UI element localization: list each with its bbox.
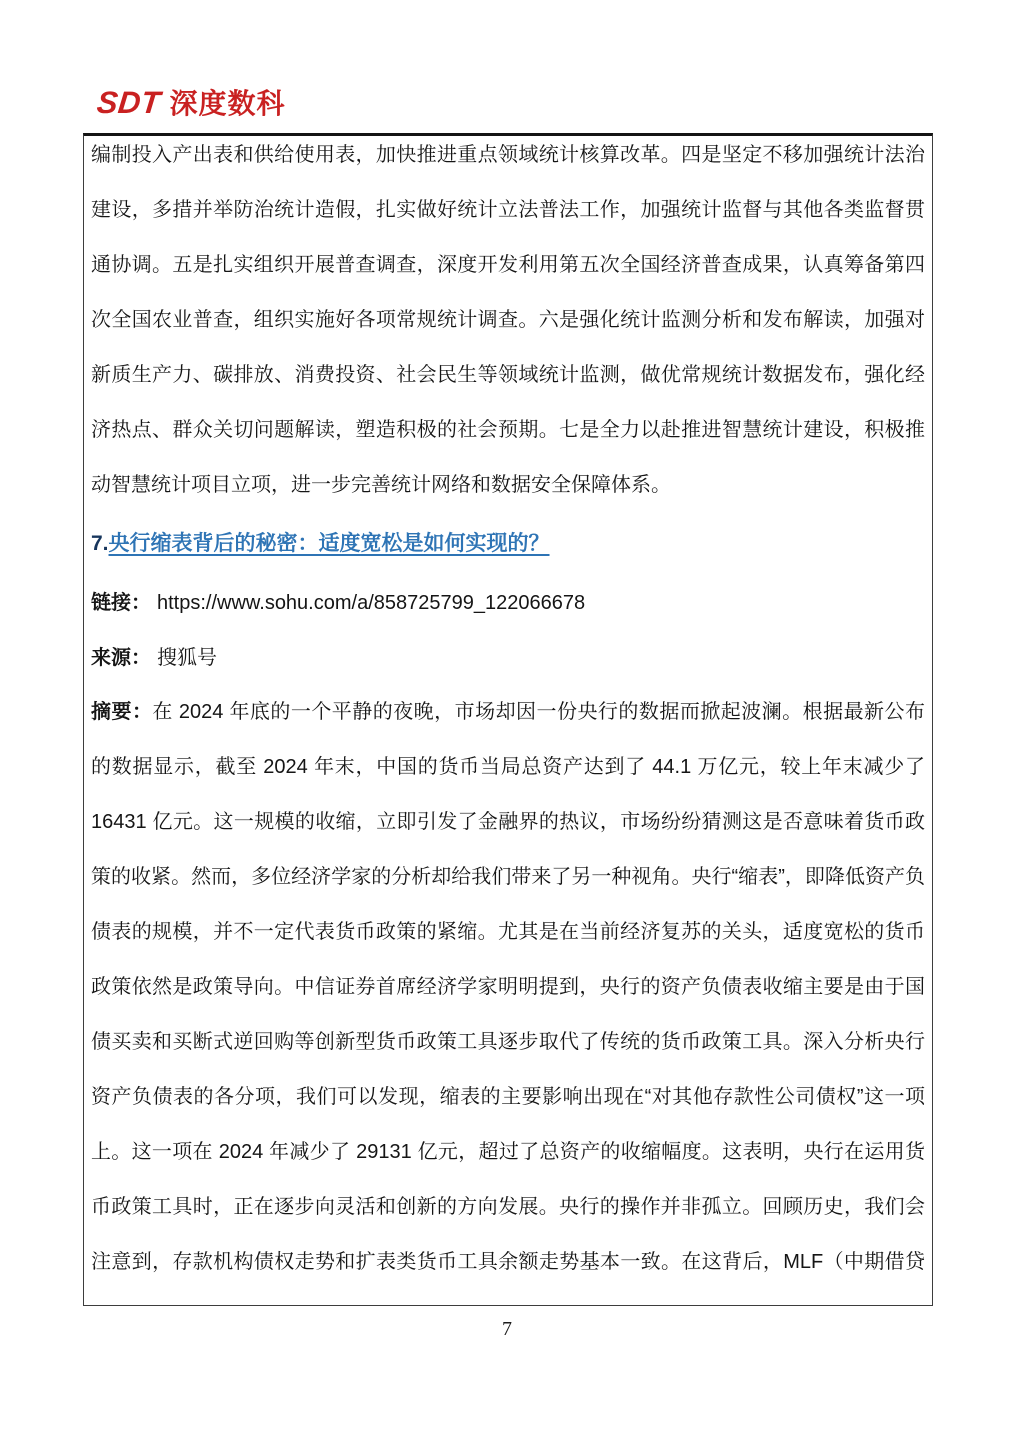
section-number: 7. bbox=[91, 532, 109, 555]
summary-label: 摘要： bbox=[91, 701, 152, 723]
source-row: 来源：搜狐号 bbox=[91, 643, 925, 673]
section-7-heading: 7.央行缩表背后的秘密：适度宽松是如何实现的？ bbox=[91, 527, 925, 561]
continued-body-paragraph: 编制投入产出表和供给使用表，加快推进重点领域统计核算改革。四是坚定不移加强统计法… bbox=[91, 133, 925, 513]
summary-text: 在 2024 年底的一个平静的夜晚，市场却因一份央行的数据而掀起波澜。根据最新公… bbox=[91, 701, 925, 1306]
link-label: 链接： bbox=[91, 592, 151, 614]
link-row: 链接：https://www.sohu.com/a/858725799_1220… bbox=[91, 588, 925, 618]
link-url[interactable]: https://www.sohu.com/a/858725799_1220666… bbox=[157, 592, 585, 614]
document-content-box: 编制投入产出表和供给使用表，加快推进重点领域统计核算改革。四是坚定不移加强统计法… bbox=[83, 133, 933, 1306]
logo-sdt-text: SDT bbox=[95, 85, 162, 121]
logo-company-name: 深度数科 bbox=[170, 82, 286, 122]
company-logo: SDT 深度数科 bbox=[97, 82, 286, 122]
section-7-title-link[interactable]: 央行缩表背后的秘密：适度宽松是如何实现的？ bbox=[109, 532, 550, 555]
source-label: 来源： bbox=[91, 647, 151, 669]
page-number: 7 bbox=[0, 1318, 1014, 1341]
summary-paragraph: 摘要：在 2024 年底的一个平静的夜晚，市场却因一份央行的数据而掀起波澜。根据… bbox=[91, 685, 925, 1306]
source-value: 搜狐号 bbox=[157, 647, 217, 669]
